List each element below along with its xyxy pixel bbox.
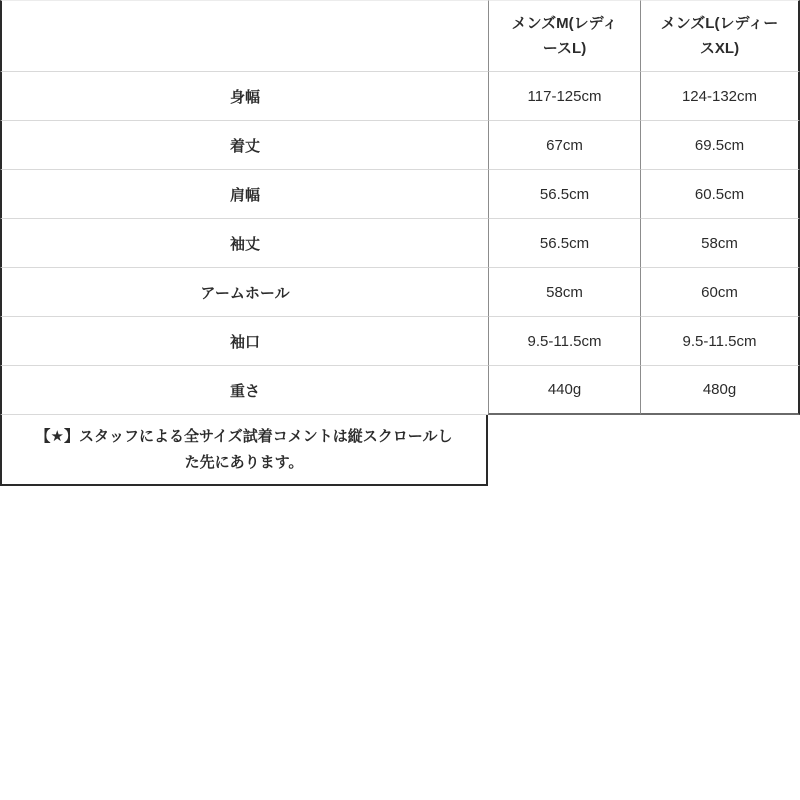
- row-label: 身幅: [0, 72, 488, 121]
- table-row-weight: 重さ 440g 480g: [0, 366, 800, 415]
- header-cell-empty: [0, 0, 488, 72]
- row-label: 着丈: [0, 121, 488, 170]
- table-row-shoulder-width: 肩幅 56.5cm 60.5cm: [0, 170, 800, 219]
- table-row-armhole: アームホール 58cm 60cm: [0, 268, 800, 317]
- header-mens-l-line1: メンズL(レディー: [661, 11, 779, 36]
- value-mens-l: 124-132cm: [640, 72, 800, 121]
- header-cell-mens-m: メンズM(レディ ースL): [488, 0, 640, 72]
- value-mens-m: 440g: [488, 366, 640, 415]
- row-label: 肩幅: [0, 170, 488, 219]
- value-mens-l: 60cm: [640, 268, 800, 317]
- value-mens-l: 58cm: [640, 219, 800, 268]
- size-chart-table: メンズM(レディ ースL) メンズL(レディー スXL) 身幅 117-125c…: [0, 0, 800, 486]
- table-row-cuff: 袖口 9.5-11.5cm 9.5-11.5cm: [0, 317, 800, 366]
- table-row-sleeve-length: 袖丈 56.5cm 58cm: [0, 219, 800, 268]
- value-mens-l: 69.5cm: [640, 121, 800, 170]
- staff-note-line2: た先にあります。: [185, 450, 304, 476]
- value-mens-l: 480g: [640, 366, 800, 415]
- value-mens-l: 60.5cm: [640, 170, 800, 219]
- row-label: 重さ: [0, 366, 488, 415]
- value-mens-m: 58cm: [488, 268, 640, 317]
- header-mens-m-line1: メンズM(レディ: [512, 11, 618, 36]
- header-mens-m-line2: ースL): [512, 36, 618, 61]
- header-mens-l-line2: スXL): [661, 36, 779, 61]
- header-cell-mens-l: メンズL(レディー スXL): [640, 0, 800, 72]
- value-mens-m: 117-125cm: [488, 72, 640, 121]
- value-mens-m: 56.5cm: [488, 219, 640, 268]
- staff-note-cell: 【★】スタッフによる全サイズ試着コメントは縦スクロールし た先にあります。: [0, 415, 488, 486]
- value-mens-m: 67cm: [488, 121, 640, 170]
- table-row-length: 着丈 67cm 69.5cm: [0, 121, 800, 170]
- staff-note-line1: 【★】スタッフによる全サイズ試着コメントは縦スクロールし: [36, 424, 453, 450]
- row-label: 袖口: [0, 317, 488, 366]
- table-row-body-width: 身幅 117-125cm 124-132cm: [0, 72, 800, 121]
- value-mens-l: 9.5-11.5cm: [640, 317, 800, 366]
- row-label: 袖丈: [0, 219, 488, 268]
- value-mens-m: 9.5-11.5cm: [488, 317, 640, 366]
- header-row: メンズM(レディ ースL) メンズL(レディー スXL): [0, 0, 800, 72]
- value-mens-m: 56.5cm: [488, 170, 640, 219]
- row-label: アームホール: [0, 268, 488, 317]
